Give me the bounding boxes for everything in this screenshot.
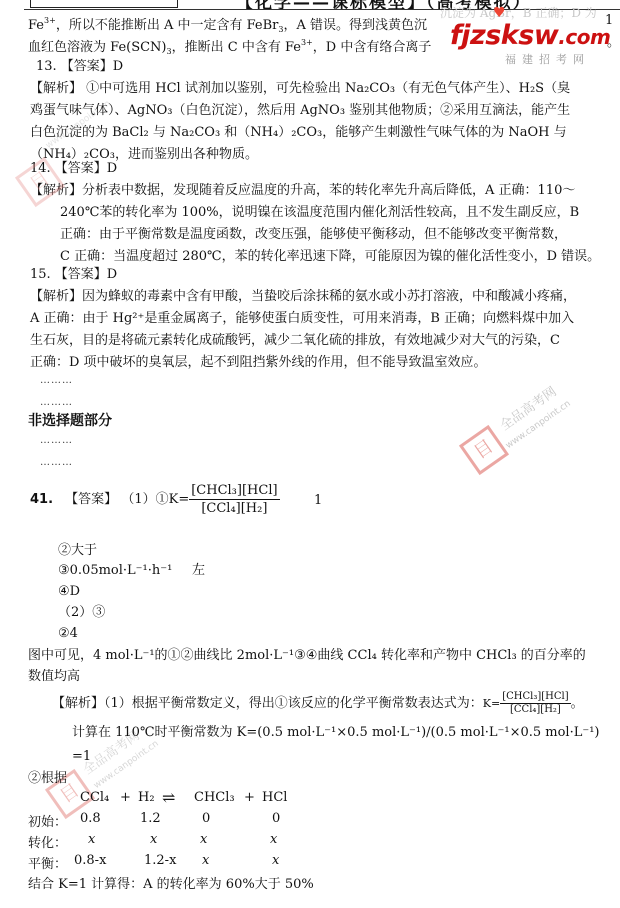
- figure-note-line: 数值均高: [28, 668, 80, 686]
- q41-answer-label: 【答案】: [65, 492, 117, 507]
- cell-value: 0.8-x: [74, 853, 106, 868]
- q14-analysis-line: 【解析】分析表中数据，发现随着反应温度的升高，苯的转化率先升高后降低，A 正确：…: [30, 182, 575, 200]
- text: ，推断出 C 中含有 Fe: [172, 40, 301, 55]
- cell-value: x: [270, 832, 277, 847]
- q15-answer: 15. 【答案】D: [30, 266, 117, 284]
- k-numerator: [CHCl₃][HCl]: [500, 691, 570, 704]
- cell-value: 0.8: [80, 811, 101, 826]
- calc-line: 计算在 110℃时平衡常数为 K=(0.5 mol·L⁻¹×0.5 mol·L⁻…: [72, 724, 600, 742]
- q14-analysis-line: 正确：由于平衡常数是温度函数，改变压强，能够使平衡移动，但不能够改变平衡常数，: [60, 226, 567, 244]
- plus-sign: +: [120, 790, 131, 805]
- text: 。: [571, 696, 584, 711]
- q15-analysis-line: 正确：D 项中破坏的臭氧层，起不到阻挡紫外线的作用，但不能导致温室效应。: [30, 354, 487, 372]
- q41-item-3-rate: ③0.05mol·L⁻¹·h⁻¹: [58, 562, 172, 580]
- text: ，A 错误。得到浅黄色沉: [283, 18, 427, 33]
- cell-value: 0: [202, 811, 210, 826]
- figure-note-line: 图中可见，4 mol·L⁻¹的①②曲线比 2mol·L⁻¹③④曲线 CCl₄ 转…: [28, 647, 586, 665]
- q41-item-4: ④D: [58, 583, 80, 601]
- species: H₂: [138, 790, 155, 805]
- text: 【解析】（1）根据平衡常数定义，得出①该反应的化学平衡常数表达式为：: [52, 696, 483, 711]
- cell-value: 1.2-x: [144, 853, 176, 868]
- k-fraction: [CHCl₃][HCl][CCl₄][H₂]: [189, 482, 279, 517]
- watermark-ghost-text: 沉淀为 AgBr，B 正确；D 为: [440, 4, 597, 21]
- calc-result: =1: [72, 748, 91, 766]
- cell-value: 1.2: [140, 811, 161, 826]
- ellipsis: ………: [40, 454, 73, 472]
- superscript: 3+: [44, 16, 56, 25]
- watermark-site-sub: 福建招考网: [505, 51, 590, 67]
- q41-number: 41.: [30, 492, 53, 507]
- cell-value: x: [88, 832, 95, 847]
- plus-sign: +: [244, 790, 255, 805]
- q13-answer: 13. 【答案】D: [36, 58, 123, 76]
- equilibrium-arrow-icon: ⇌: [162, 788, 175, 807]
- q14-analysis-line: 240℃苯的转化率为 100%，说明镍在该温度范围内催化剂活性较高，且不发生副反…: [60, 204, 579, 222]
- text: ，所以不能推断出 A 中一定含有 FeBr: [56, 18, 279, 33]
- heart-icon: ♥: [493, 7, 507, 19]
- cell-value: 0: [272, 811, 280, 826]
- ellipsis: ………: [40, 432, 73, 450]
- k-prefix: K=: [169, 492, 190, 507]
- superscript: 3+: [301, 38, 313, 47]
- k-denominator: [CCl₄][H₂]: [500, 704, 570, 716]
- q41-part2-item2: ②4: [58, 625, 78, 643]
- text: 血红色溶液为 Fe(SCN): [28, 40, 167, 55]
- section-title: 非选择题部分: [28, 412, 112, 430]
- cell-value: x: [200, 832, 207, 847]
- stamp-icon: 目: [459, 425, 509, 475]
- species: CCl₄: [80, 790, 109, 805]
- q41-analysis-line: 【解析】（1）根据平衡常数定义，得出①该反应的化学平衡常数表达式为：K=[CHC…: [52, 690, 584, 718]
- k-value: 1: [314, 492, 322, 510]
- k-fraction-small: [CHCl₃][HCl][CCl₄][H₂]: [500, 691, 570, 716]
- text: Fe: [28, 18, 44, 33]
- q15-analysis-line: A 正确：由于 Hg²⁺是重金属离子，能够使蛋白质变性，可用来消毒，B 正确；向…: [30, 310, 574, 328]
- ellipsis: ………: [40, 372, 73, 390]
- header-box: [30, 0, 178, 8]
- ellipsis: ………: [40, 394, 73, 412]
- q13-analysis-line: 【解析】 ①中可选用 HCl 试剂加以鉴别，可先检验出 Na₂CO₃（有无色气体…: [30, 80, 570, 98]
- row-label: 转化：: [28, 832, 67, 851]
- intro-line-2: 血红色溶液为 Fe(SCN)3，推断出 C 中含有 Fe3+，D 中含有络合离子: [28, 34, 431, 61]
- q15-analysis-line: 【解析】因为蜂蚁的毒素中含有甲酸，当蛰咬后涂抹稀的氨水或小苏打溶液，中和酸减小疼…: [30, 288, 576, 306]
- k-denominator: [CCl₄][H₂]: [189, 500, 279, 517]
- text: ，D 中含有络合离子: [313, 40, 432, 55]
- q41-item-3-direction: 左: [192, 562, 205, 580]
- watermark-site-logo: fjzsksw.com: [450, 20, 610, 51]
- species: CHCl₃: [194, 790, 235, 805]
- conclusion-line: 结合 K=1 计算得：A 的转化率为 60%大于 50%: [28, 876, 314, 894]
- species: HCl: [262, 790, 287, 805]
- basis-label: ②根据: [28, 770, 67, 788]
- cell-value: x: [202, 853, 209, 868]
- q15-analysis-line: 生石灰，目的是将硫元素转化成硫酸钙，减少二氧化硫的排放，有效地减少对大气的污染，…: [30, 332, 560, 350]
- q13-analysis-line: 白色沉淀的为 BaCl₂ 与 Na₂CO₃ 和（NH₄）₂CO₃，能够产生刺激性…: [30, 124, 567, 142]
- q41-part2: （2）③: [58, 604, 105, 622]
- logo-domain: .com: [558, 25, 610, 49]
- row-label: 平衡：: [28, 853, 67, 872]
- q14-analysis-line: C 正确：当温度超过 280℃，苯的转化率迅速下降，可能原因为镍的催化活性变小，…: [60, 248, 600, 266]
- cell-value: x: [272, 853, 279, 868]
- k-prefix: K=: [483, 697, 500, 710]
- logo-text: fjzsksw: [450, 20, 558, 51]
- q41-part1: （1）①: [121, 492, 168, 507]
- q41-item-2: ②大于: [58, 542, 97, 560]
- q41-answer-line: 41. 【答案】 （1）①K=[CHCl₃][HCl][CCl₄][H₂]: [30, 482, 280, 518]
- k-numerator: [CHCl₃][HCl]: [189, 482, 279, 500]
- cell-value: x: [150, 832, 157, 847]
- row-label: 初始：: [28, 811, 67, 830]
